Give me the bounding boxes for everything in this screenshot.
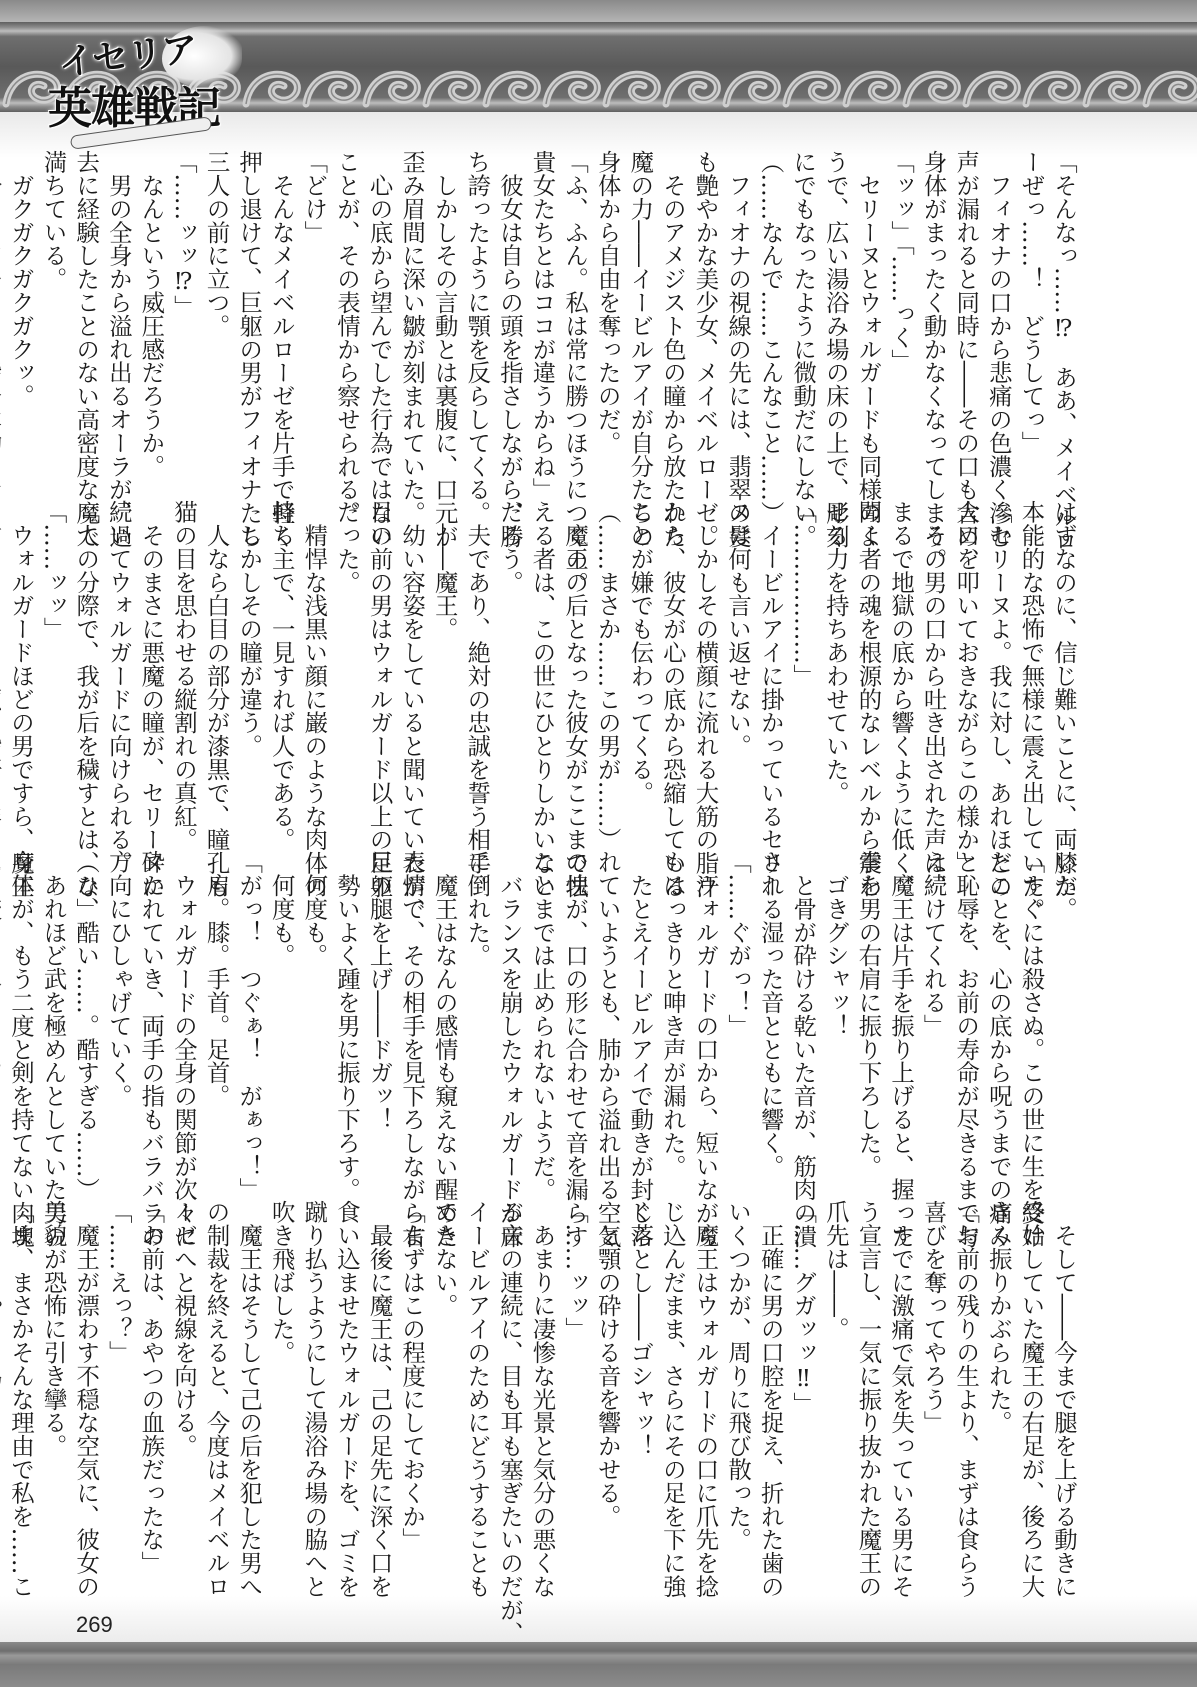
text-column: 表情で、その相手を見下ろしながら右 bbox=[396, 850, 429, 1190]
text-column: こまでちゃんと協力したのに……」 bbox=[0, 1200, 4, 1540]
text-column: 「がっ！ つぐぁ！ がぁっ！」 bbox=[233, 850, 266, 1190]
text-column: 吹き飛ばした。 bbox=[265, 1200, 298, 1540]
text-column: まるで地獄の底から響くように低く、 bbox=[884, 500, 917, 840]
text-column: 猫の目を思わせる縦割れの真紅。 bbox=[167, 500, 200, 840]
text-column: 「すぐには殺さぬ。この世に生を受け bbox=[1015, 850, 1048, 1190]
text-column: だった。 bbox=[330, 500, 363, 840]
text-column: イービルアイのためにどうすることも bbox=[461, 1200, 494, 1540]
text-column: なんという威圧感だろうか。 bbox=[135, 150, 168, 490]
text-column: を前にして、その額に脂汗を浮かべて bbox=[0, 500, 4, 840]
text-column: 何度も。 bbox=[265, 850, 298, 1190]
text-column: 貴女たちとはココが違うからね」 bbox=[526, 150, 559, 490]
text-column: 魔王はウォルガードの口に爪先を捻 bbox=[689, 1200, 722, 1540]
text-column: 砕かれていき、両手の指もバラバラの bbox=[135, 850, 168, 1190]
knot-ornament-icon bbox=[720, 64, 786, 116]
text-column: ことまでは止められないようだ。 bbox=[526, 850, 559, 1190]
text-column: 魔の力――イービルアイが自分たちの bbox=[624, 150, 657, 490]
text-column: その男の口から吐き出された声は、 bbox=[917, 500, 950, 840]
text-column: 目の前の男はウォルガード以上の巨躯 bbox=[363, 500, 396, 840]
text-column: る音の連続に、目も耳も塞ぎたいのだが、 bbox=[493, 1200, 526, 1540]
text-column: 「どけ」 bbox=[298, 150, 331, 490]
text-column: きく振りかぶられた。 bbox=[982, 1200, 1015, 1540]
text-column: あれほど武を極めんとしていた男の bbox=[37, 850, 70, 1190]
text-column: 幼い容姿をしていると聞いていたが、 bbox=[396, 500, 429, 840]
text-column: 本能的な恐怖で無様に震え出していた。 bbox=[1015, 500, 1048, 840]
text-column: ことが嫌でも伝わってくる。 bbox=[624, 500, 657, 840]
text-column: 魔王はそうして己の后を犯した男へ bbox=[233, 1200, 266, 1540]
text-column: せる力を持ちあわせていた。 bbox=[819, 500, 852, 840]
text-column: しかしその言動とは裏腹に、口元が bbox=[428, 150, 461, 490]
text-column: 最後に魔王は、己の足先に深く口を bbox=[363, 1200, 396, 1540]
text-column: 「ふ、ふん。私は常に勝つほうにつくの。 bbox=[559, 150, 592, 490]
series-logo: イセリア 英雄戦記 bbox=[44, 22, 234, 140]
text-column: 方向にひしゃげていく。 bbox=[102, 850, 135, 1190]
text-column: 「ま、まさかそんな理由で私を……こ bbox=[4, 1200, 37, 1540]
text-column: 「そんなっ……⁉ ああ、メイベルロ bbox=[1047, 150, 1080, 490]
text-column: 「……ッッ⁉」 bbox=[167, 150, 200, 490]
text-column: 肩。膝。手首。足首。 bbox=[200, 850, 233, 1190]
text-column: そんなメイベルローゼを片手で軽く bbox=[265, 150, 298, 490]
knot-ornament-icon bbox=[1020, 64, 1086, 116]
text-column: 声が漏れると同時に――その口も含め、 bbox=[950, 150, 983, 490]
vertical-text-block: 「そんなっ……⁉ ああ、メイベルローぜっ……！ どうしてっ」 フィオナの口から悲… bbox=[0, 150, 1080, 490]
text-column: 勢いよく踵を男に振り下ろす。 bbox=[330, 850, 363, 1190]
knot-ornament-icon bbox=[840, 64, 906, 116]
text-tier-3: いた。「すぐには殺さぬ。この世に生を受けたことを、心の底から呪うまでの痛みと恥辱… bbox=[60, 850, 1080, 1200]
text-column: 「……ッッ」 bbox=[559, 1200, 592, 1540]
text-column: う宣言し、一気に振り抜かれた魔王の bbox=[852, 1200, 885, 1540]
text-column: フィオナの口から悲痛の色濃く滲む bbox=[982, 150, 1015, 490]
text-column: 持ち主で、一見すれば人である。 bbox=[265, 500, 298, 840]
text-column: 魔王は片手を振り上げると、握った bbox=[884, 850, 917, 1190]
page-number: 269 bbox=[76, 1612, 113, 1638]
knot-ornament-icon bbox=[900, 64, 966, 116]
text-column: 彼女は自らの頭を指さしながら、勝 bbox=[493, 150, 526, 490]
vertical-text-block: はずなのに、信じ難いことに、両膝が本能的な恐怖で無様に震え出していた。「セリーヌ… bbox=[0, 500, 1080, 840]
text-column: フィオナの視線の先には、翡翠の髪 bbox=[721, 150, 754, 490]
text-column: 押し退けて、巨躯の男がフィオナたち bbox=[233, 150, 266, 490]
top-gradient-band bbox=[0, 0, 1197, 24]
knot-ornament-icon bbox=[1080, 64, 1146, 116]
text-column: 魔王が漂わす不穏な空気に、彼女の bbox=[70, 1200, 103, 1540]
text-column: イービルアイに掛かっているセリー bbox=[754, 500, 787, 840]
text-column: 身体がまったく動かなくなってしまう。 bbox=[917, 150, 950, 490]
knot-ornament-icon bbox=[600, 64, 666, 116]
text-column: そのアメジスト色の瞳から放たれた bbox=[656, 150, 689, 490]
text-column: 魔王の后となった彼女がここまで怯 bbox=[559, 500, 592, 840]
knot-ornament-icon bbox=[960, 64, 1026, 116]
text-column: 爪先は――。 bbox=[819, 1200, 852, 1540]
text-column: 「………………」 bbox=[787, 500, 820, 840]
text-column: 食い込ませたウォルガードを、ゴミを bbox=[330, 1200, 363, 1540]
text-column: える者は、この世にひとりしかいない bbox=[526, 500, 559, 840]
text-column: 足の腿を上げ――ドガッ！ bbox=[363, 850, 396, 1190]
text-column: れていようとも、肺から溢れ出る空気 bbox=[591, 850, 624, 1190]
text-column: 続いてウォルガードに向けられる。 bbox=[102, 500, 135, 840]
text-column: もはっきりと呻き声が漏れた。 bbox=[656, 850, 689, 1190]
text-column: 精悍な浅黒い顔に巌のような肉体の bbox=[298, 500, 331, 840]
text-column: 三人の前に立つ。 bbox=[200, 150, 233, 490]
text-column: から、彼女が心の底から恐縮している bbox=[656, 500, 689, 840]
text-column: 去に経験したことのない高密度な魔で bbox=[70, 150, 103, 490]
text-column: はずなのに、信じ難いことに、両膝が bbox=[1047, 500, 1080, 840]
vertical-text-block: そして――今まで腿を上げる動きに終始していた魔王の右足が、後ろに大きく振りかぶら… bbox=[0, 1200, 1080, 1540]
text-column: ガクガクガクガクッ。 bbox=[4, 150, 37, 490]
text-column: と骨が砕ける乾いた音が、筋肉の潰 bbox=[787, 850, 820, 1190]
text-column: ーゼへと視線を向ける。 bbox=[167, 1200, 200, 1540]
text-column: ーぜっ……！ どうしてっ」 bbox=[1015, 150, 1048, 490]
knot-ornament-icon bbox=[360, 64, 426, 116]
text-column: （……まさか……この男が……） bbox=[591, 500, 624, 840]
text-column: セリーヌとウォルガードも同様のよ bbox=[852, 150, 885, 490]
text-column: できない。 bbox=[428, 1200, 461, 1540]
text-column: うで、広い湯浴み場の床の上で、彫刻 bbox=[819, 150, 852, 490]
text-column: ――魔王。 bbox=[428, 500, 461, 840]
text-column: 身体が、もう二度と剣を持てない肉塊 bbox=[4, 850, 37, 1190]
knot-ornament-icon bbox=[240, 64, 306, 116]
knot-ornament-icon bbox=[420, 64, 486, 116]
text-column: ウォルガードの全身の関節が次々に bbox=[167, 850, 200, 1190]
text-column: 「まずはこの程度にしておくか」 bbox=[396, 1200, 429, 1540]
text-column: 夫であり、絶対の忠誠を誓う相手。 bbox=[461, 500, 494, 840]
text-column: 蹴り払うようにして湯浴み場の脇へと bbox=[298, 1200, 331, 1540]
text-column: も艶やかな美少女、メイベルローゼ。 bbox=[689, 150, 722, 490]
knot-ornament-icon bbox=[780, 64, 846, 116]
text-column: しかしその横顔に流れる大筋の脂汗 bbox=[689, 500, 722, 840]
text-column: と顎の砕ける音を響かせる。 bbox=[591, 1200, 624, 1540]
footer-border bbox=[0, 1642, 1197, 1687]
knot-ornament-icon bbox=[540, 64, 606, 116]
text-column: ウォルガードほどの男ですら、魔王 bbox=[4, 500, 37, 840]
text-column: じ込んだまま、さらにその足を下に強 bbox=[656, 1200, 689, 1540]
text-column: の塊が、口の形に合わせて音を漏らす bbox=[559, 850, 592, 1190]
text-column: ことが、その表情から察せられる。 bbox=[330, 150, 363, 490]
text-column: しかしその瞳が違う。 bbox=[233, 500, 266, 840]
text-column: 人なら白目の部分が漆黒で、瞳孔も bbox=[200, 500, 233, 840]
text-column: たことを、心の底から呪うまでの痛み bbox=[982, 850, 1015, 1190]
text-column: あまりに凄惨な光景と気分の悪くな bbox=[526, 1200, 559, 1540]
text-column: される湿った音とともに響く。 bbox=[754, 850, 787, 1190]
text-column: だろう。 bbox=[493, 500, 526, 840]
vertical-text-block: いた。「すぐには殺さぬ。この世に生を受けたことを、心の底から呪うまでの痛みと恥辱… bbox=[0, 850, 1080, 1190]
text-column: いくつかが、周りに飛び散った。 bbox=[721, 1200, 754, 1540]
text-column: 聞く者の魂を根源的なレベルから震わ bbox=[852, 500, 885, 840]
text-column: 喜びを奪ってやろう」 bbox=[917, 1200, 950, 1540]
text-column: と恥辱を、お前の寿命が尽きるまで与 bbox=[950, 850, 983, 1190]
text-column: 身体から自由を奪ったのだ。 bbox=[591, 150, 624, 490]
text-column: く落とし――ゴシャッ！ bbox=[624, 1200, 657, 1540]
text-column: たとえイービルアイで動きが封じら bbox=[624, 850, 657, 1190]
text-column: にでもなったように微動だにしない。 bbox=[787, 150, 820, 490]
text-column: 拳を男の右肩に振り下ろした。 bbox=[852, 850, 885, 1190]
knot-ornament-icon bbox=[300, 64, 366, 116]
text-column: 「……えっ？」 bbox=[102, 1200, 135, 1540]
text-column: すでに激痛で気を失っている男にそ bbox=[884, 1200, 917, 1540]
knot-ornament-icon bbox=[660, 64, 726, 116]
text-column: ヌは何も言い返せない。 bbox=[721, 500, 754, 840]
text-column: 何度も。 bbox=[298, 850, 331, 1190]
text-column: 歪み眉間に深い皺が刻まれていた。 bbox=[396, 150, 429, 490]
text-column: そして――今まで腿を上げる動きに bbox=[1047, 1200, 1080, 1540]
text-tier-2: はずなのに、信じ難いことに、両膝が本能的な恐怖で無様に震え出していた。「セリーヌ… bbox=[60, 500, 1080, 850]
text-column: に倒れた。 bbox=[461, 850, 494, 1190]
text-column: ウォルガードの口から、短いながら bbox=[689, 850, 722, 1190]
text-column: の制裁を終えると、今度はメイベルロ bbox=[200, 1200, 233, 1540]
text-column: 終始していた魔王の右足が、後ろに大 bbox=[1015, 1200, 1048, 1540]
knot-ornament-icon bbox=[1140, 64, 1197, 116]
text-column: （……なんで……こんなこと……） bbox=[754, 150, 787, 490]
text-column: 「お前は、あやつの血族だったな」 bbox=[135, 1200, 168, 1540]
text-column: 今イービルアイで指一本動かせない bbox=[0, 150, 4, 490]
text-column: 正確に男の口腔を捉え、折れた歯の bbox=[754, 1200, 787, 1540]
text-column: 「人の分際で、我が后を穢すとは、な」 bbox=[70, 500, 103, 840]
text-tier-1: 「そんなっ……⁉ ああ、メイベルローぜっ……！ どうしてっ」 フィオナの口から悲… bbox=[60, 150, 1080, 500]
text-column: 満ちている。 bbox=[37, 150, 70, 490]
text-column: 「セリーヌよ。我に対し、あれほどの bbox=[982, 500, 1015, 840]
text-column: 「……ッッ」 bbox=[37, 500, 70, 840]
text-column: 心の底から望んでした行為ではない bbox=[363, 150, 396, 490]
text-column: 「……グガッッ‼」 bbox=[787, 1200, 820, 1540]
text-column: いた。 bbox=[1047, 850, 1080, 1190]
text-column: そのまさに悪魔の瞳が、セリーヌに bbox=[135, 500, 168, 840]
text-column: 美貌が恐怖に引き攣る。 bbox=[37, 1200, 70, 1540]
text-column: 「お前の残りの生より、まずは食らう bbox=[950, 1200, 983, 1540]
text-column: ち誇ったように顎を反らしてくる。 bbox=[461, 150, 494, 490]
text-column: 男の全身から溢れ出るオーラが、過 bbox=[102, 150, 135, 490]
text-column: 「ッッ」「……っく」 bbox=[884, 150, 917, 490]
text-column: え続けてくれる」 bbox=[917, 850, 950, 1190]
text-tier-4: そして――今まで腿を上げる動きに終始していた魔王の右足が、後ろに大きく振りかぶら… bbox=[60, 1200, 1080, 1550]
text-column: 大口を叩いておきながらこの様か」 bbox=[950, 500, 983, 840]
text-column: （ひ、酷い……。酷すぎる……） bbox=[70, 850, 103, 1190]
text-column: 「……ぐがっ！」 bbox=[721, 850, 754, 1190]
text-column: バランスを崩したウォルガードが床 bbox=[493, 850, 526, 1190]
knot-ornament-icon bbox=[480, 64, 546, 116]
text-column: ゴきグシャッ！ bbox=[819, 850, 852, 1190]
text-column: 魔王はなんの感情も窺えない醒めた bbox=[428, 850, 461, 1190]
